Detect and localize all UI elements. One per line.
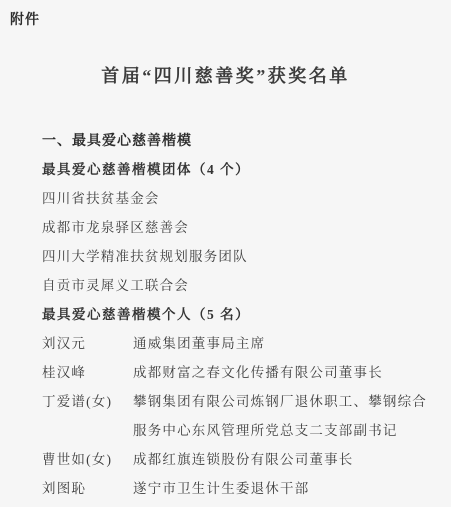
person-title: 成都财富之春文化传播有限公司董事长 [133,358,443,387]
section-heading: 一、最具爱心慈善楷模 [42,126,443,155]
table-row: 曹世如(女) 成都红旗连锁股份有限公司董事长 [42,445,443,474]
list-item: 四川大学精准扶贫规划服务团队 [42,242,443,271]
person-title: 成都红旗连锁股份有限公司董事长 [133,445,443,474]
person-name: 丁爱谱(女) [42,387,133,416]
subsection-heading-organizations: 最具爱心慈善楷模团体（4 个） [42,155,443,184]
person-title-line: 成都红旗连锁股份有限公司董事长 [133,445,443,474]
person-title: 遂宁市卫生计生委退休干部 [133,474,443,503]
table-row: 刘图恥 遂宁市卫生计生委退休干部 [42,474,443,503]
person-name: 曹世如(女) [42,445,133,474]
person-title-line: 攀钢集团有限公司炼钢厂退休职工、攀钢综合 [133,387,443,416]
person-title-line: 服务中心东风管理所党总支二支部副书记 [133,416,443,445]
person-name: 刘汉元 [42,329,133,358]
document-body: 一、最具爱心慈善楷模 最具爱心慈善楷模团体（4 个） 四川省扶贫基金会 成都市龙… [42,126,443,503]
person-title-line: 通威集团董事局主席 [133,329,443,358]
subsection-heading-individuals: 最具爱心慈善楷模个人（5 名） [42,300,443,329]
table-row: 刘汉元 通威集团董事局主席 [42,329,443,358]
person-title-line: 成都财富之春文化传播有限公司董事长 [133,358,443,387]
person-title: 通威集团董事局主席 [133,329,443,358]
person-name: 刘图恥 [42,474,133,503]
list-item: 四川省扶贫基金会 [42,184,443,213]
person-name: 桂汉峰 [42,358,133,387]
person-title-line: 遂宁市卫生计生委退休干部 [133,474,443,503]
table-row: 丁爱谱(女) 攀钢集团有限公司炼钢厂退休职工、攀钢综合 服务中心东风管理所党总支… [42,387,443,445]
document-page: 附件 首届“四川慈善奖”获奖名单 一、最具爱心慈善楷模 最具爱心慈善楷模团体（4… [0,0,451,507]
list-item: 成都市龙泉驿区慈善会 [42,213,443,242]
attachment-label: 附件 [10,9,40,29]
table-row: 桂汉峰 成都财富之春文化传播有限公司董事长 [42,358,443,387]
page-title: 首届“四川慈善奖”获奖名单 [0,62,451,88]
list-item: 自贡市灵犀义工联合会 [42,271,443,300]
person-title: 攀钢集团有限公司炼钢厂退休职工、攀钢综合 服务中心东风管理所党总支二支部副书记 [133,387,443,445]
